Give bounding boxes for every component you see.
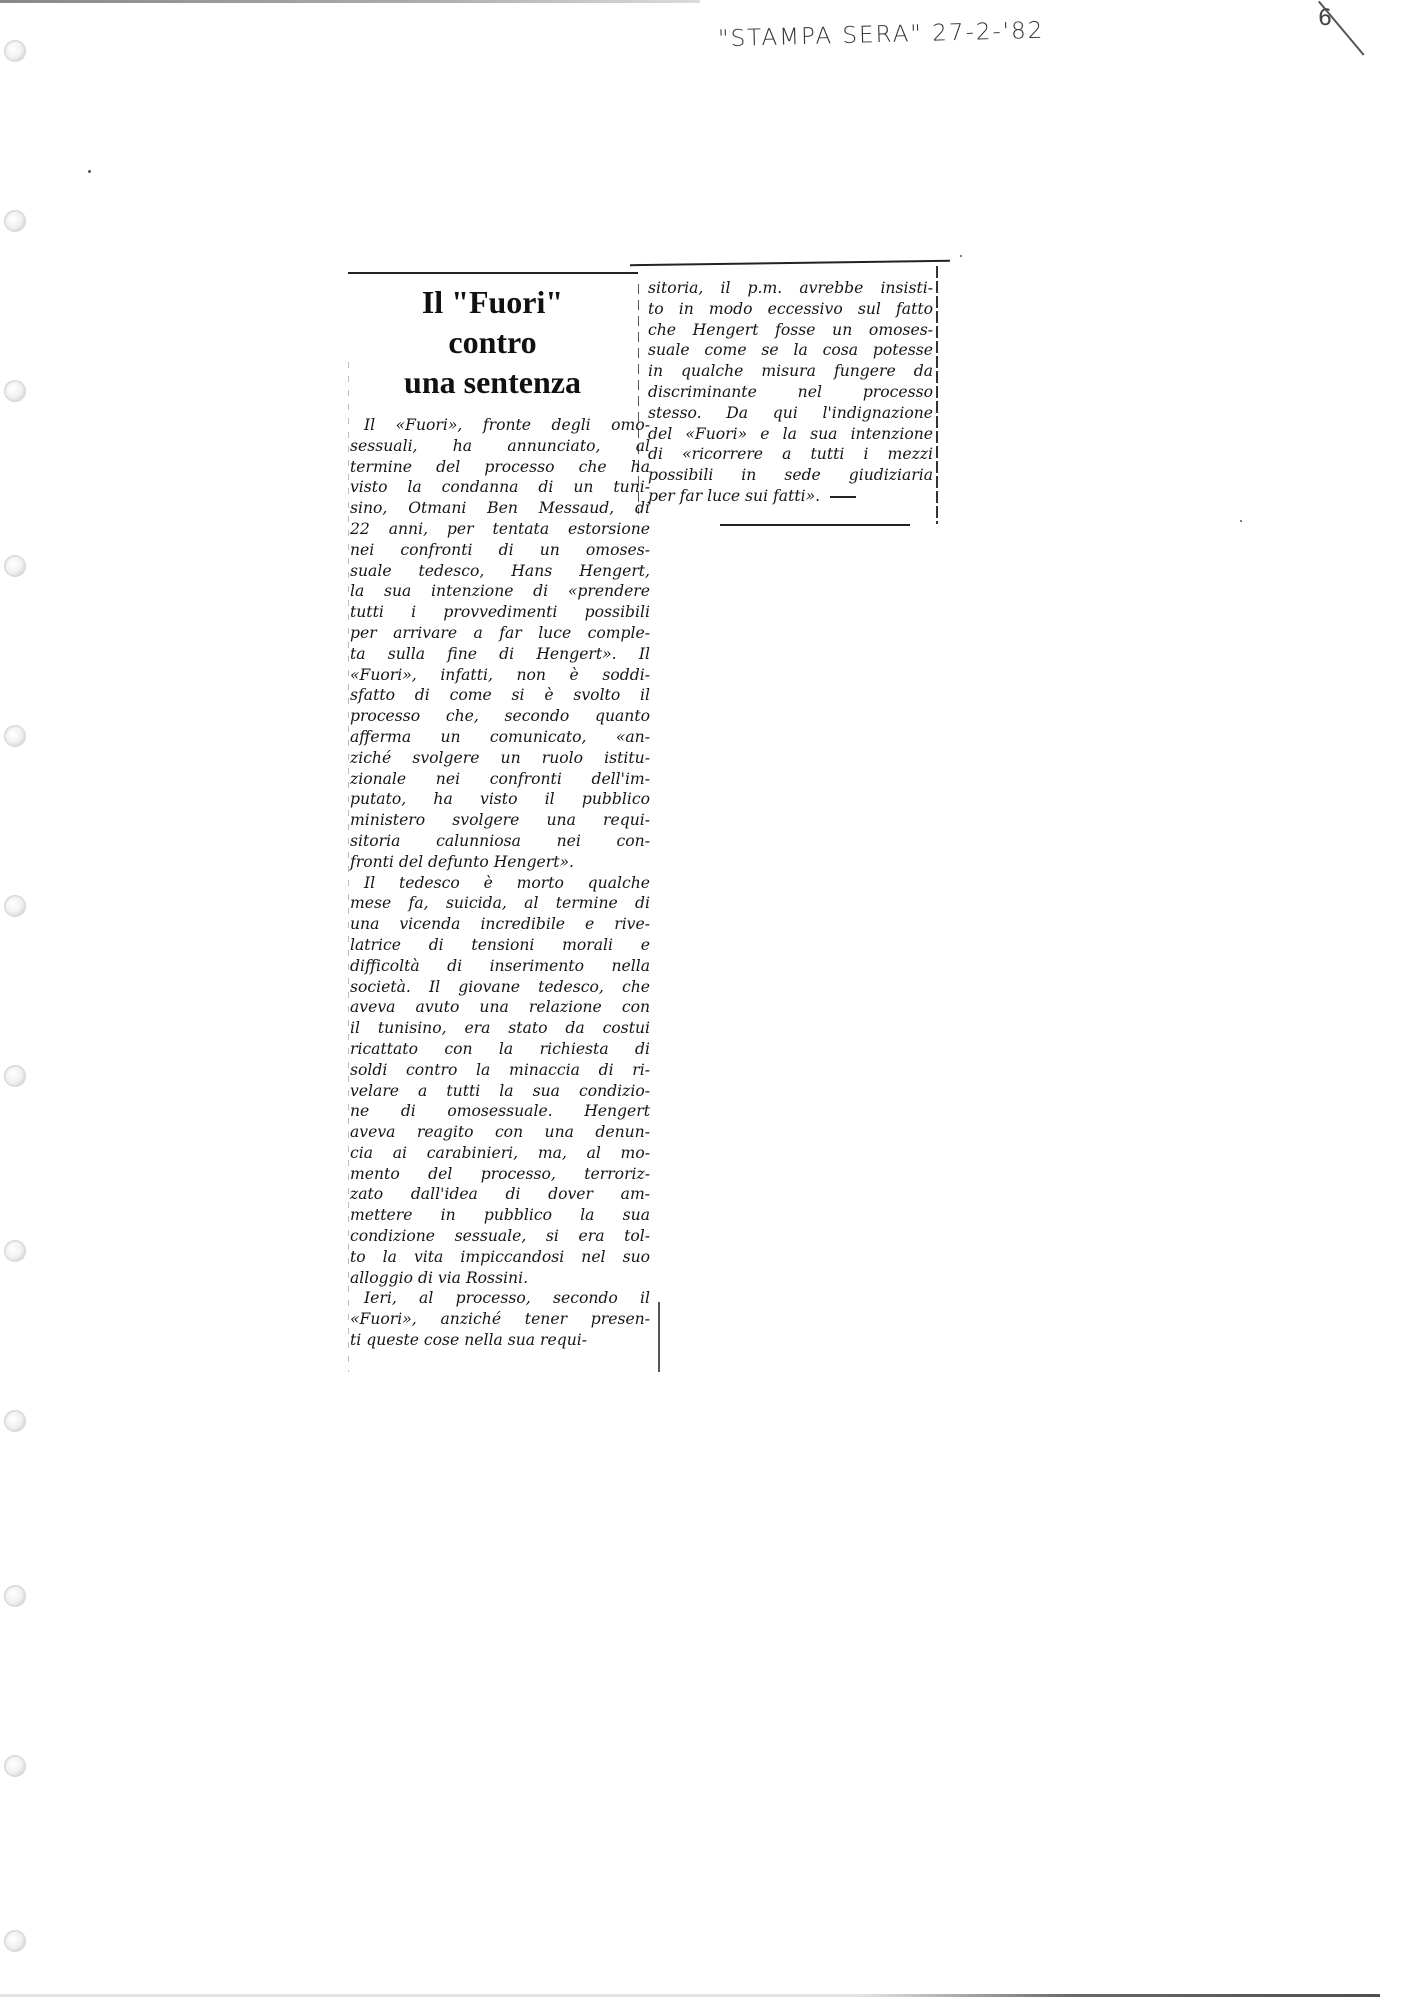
text-line: suale tedesco, Hans Hengert, <box>350 561 650 582</box>
headline-line: Il "Fuori" <box>350 282 635 322</box>
text-line: mese fa, suicida, al termine di <box>350 893 650 914</box>
text-line: possibili in sede giudiziaria <box>648 465 933 486</box>
text-line: 22 anni, per tentata estorsione <box>350 519 650 540</box>
text-line: sino, Otmani Ben Messaud, di <box>350 498 650 519</box>
text-line: ministero svolgere una requi- <box>350 810 650 831</box>
text-line: zionale nei confronti dell'im- <box>350 769 650 790</box>
text-line: aveva reagito con una denun- <box>350 1122 650 1143</box>
headline-line: una sentenza <box>350 362 635 402</box>
scan-speck <box>960 255 962 257</box>
handwritten-source-note: "STAMPA SERA" 27-2-'82 <box>718 18 1045 53</box>
punch-hole <box>4 895 26 917</box>
text-line: termine del processo che ha <box>350 457 650 478</box>
text-line: società. Il giovane tedesco, che <box>350 977 650 998</box>
text-line: la sua intenzione di «prendere <box>350 581 650 602</box>
handwritten-page-number: 6 <box>1318 6 1332 31</box>
text-line: del «Fuori» e la sua intenzione <box>648 424 933 445</box>
text-line: ta sulla fine di Hengert». Il <box>350 644 650 665</box>
clipping-top-rule <box>348 272 638 274</box>
text-line: ricattato con la richiesta di <box>350 1039 650 1060</box>
scan-top-edge <box>0 0 700 3</box>
text-line: ziché svolgere un ruolo istitu- <box>350 748 650 769</box>
text-line: to in modo eccessivo sul fatto <box>648 299 933 320</box>
article-column-1: Il «Fuori», fronte degli omo-sessuali, h… <box>350 415 650 1351</box>
text-line: afferma un comunicato, «an- <box>350 727 650 748</box>
article-paragraph: Il «Fuori», fronte degli omo-sessuali, h… <box>350 415 650 873</box>
text-line: per far luce sui fatti». <box>648 486 933 507</box>
text-line: alloggio di via Rossini. <box>350 1268 650 1289</box>
text-line: che Hengert fosse un omoses- <box>648 320 933 341</box>
article-paragraph: Il tedesco è morto qualchemese fa, suici… <box>350 873 650 1289</box>
text-line: nei confronti di un omoses- <box>350 540 650 561</box>
text-line: soldi contro la minaccia di ri- <box>350 1060 650 1081</box>
text-line: mettere in pubblico la sua <box>350 1205 650 1226</box>
text-line: cia ai carabinieri, ma, al mo- <box>350 1143 650 1164</box>
text-line: ne di omosessuale. Hengert <box>350 1101 650 1122</box>
text-line: latrice di tensioni morali e <box>350 935 650 956</box>
text-line: difficoltà di inserimento nella <box>350 956 650 977</box>
article-paragraph: sitoria, il p.m. avrebbe insisti-to in m… <box>648 278 933 507</box>
text-line: to la vita impiccandosi nel suo <box>350 1247 650 1268</box>
text-line: sfatto di come si è svolto il <box>350 685 650 706</box>
text-line: fronti del defunto Hengert». <box>350 852 650 873</box>
clipping-top-rule-right <box>630 260 950 266</box>
scan-speck <box>88 170 91 173</box>
text-line: sitoria calunniosa nei con- <box>350 831 650 852</box>
headline-line: contro <box>350 322 635 362</box>
punch-hole <box>4 1240 26 1262</box>
punch-hole <box>4 1410 26 1432</box>
text-line: Il «Fuori», fronte degli omo- <box>350 415 650 436</box>
text-line: «Fuori», anziché tener presen- <box>350 1309 650 1330</box>
clipping-left-border <box>348 362 349 1372</box>
text-line: velare a tutti la sua condizio- <box>350 1081 650 1102</box>
text-line: in qualche misura fungere da <box>648 361 933 382</box>
text-line: sessuali, ha annunciato, al <box>350 436 650 457</box>
punch-hole <box>4 210 26 232</box>
text-line: sitoria, il p.m. avrebbe insisti- <box>648 278 933 299</box>
punch-hole <box>4 725 26 747</box>
text-line: stesso. Da qui l'indignazione <box>648 403 933 424</box>
punch-hole <box>4 1585 26 1607</box>
punch-hole <box>4 380 26 402</box>
text-line: zato dall'idea di dover am- <box>350 1184 650 1205</box>
text-line: per arrivare a far luce comple- <box>350 623 650 644</box>
text-line: processo che, secondo quanto <box>350 706 650 727</box>
article-column-2: sitoria, il p.m. avrebbe insisti-to in m… <box>648 278 933 507</box>
text-line: discriminante nel processo <box>648 382 933 403</box>
text-line: il tunisino, era stato da costui <box>350 1018 650 1039</box>
scan-bottom-edge <box>0 1994 860 1997</box>
text-line: visto la condanna di un tuni- <box>350 477 650 498</box>
text-line: ti queste cose nella sua requi- <box>350 1330 650 1351</box>
punch-hole <box>4 1930 26 1952</box>
text-line: Ieri, al processo, secondo il <box>350 1288 650 1309</box>
text-line: condizione sessuale, si era tol- <box>350 1226 650 1247</box>
text-line: putato, ha visto il pubblico <box>350 789 650 810</box>
end-of-article-mark <box>830 496 856 498</box>
text-line: Il tedesco è morto qualche <box>350 873 650 894</box>
clipping-right-border <box>936 266 938 524</box>
article-end-rule <box>720 524 910 526</box>
text-line: di «ricorrere a tutti i mezzi <box>648 444 933 465</box>
clipping-cut-edge <box>658 1302 660 1372</box>
article-paragraph: Ieri, al processo, secondo il«Fuori», an… <box>350 1288 650 1350</box>
text-line: mento del processo, terroriz- <box>350 1164 650 1185</box>
text-line: suale come se la cosa potesse <box>648 340 933 361</box>
article-headline: Il "Fuori" contro una sentenza <box>350 282 635 402</box>
text-line: una vicenda incredibile e rive- <box>350 914 650 935</box>
punch-hole <box>4 40 26 62</box>
punch-hole <box>4 555 26 577</box>
scan-bottom-edge-dark <box>860 1994 1380 1997</box>
text-line: aveva avuto una relazione con <box>350 997 650 1018</box>
punch-hole <box>4 1065 26 1087</box>
text-line: tutti i provvedimenti possibili <box>350 602 650 623</box>
punch-hole <box>4 1755 26 1777</box>
scan-speck <box>1240 520 1242 522</box>
text-line: «Fuori», infatti, non è soddi- <box>350 665 650 686</box>
